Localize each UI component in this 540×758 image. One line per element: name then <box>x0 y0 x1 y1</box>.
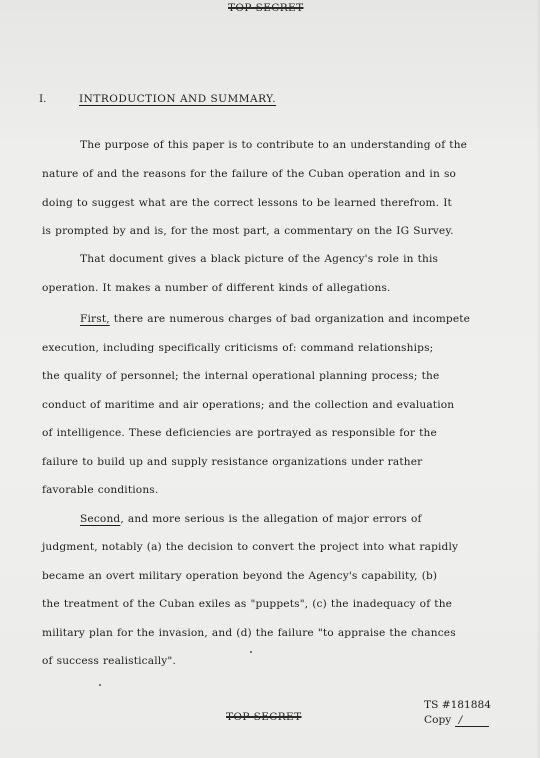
paragraph-4-line-5: military plan for the invasion, and (d) … <box>42 627 456 639</box>
paragraph-1-line-3: doing to suggest what are the correct le… <box>42 197 452 209</box>
scan-speck <box>250 651 252 653</box>
paragraph-2-line-1: That document gives a black picture of t… <box>80 253 438 265</box>
paragraph-4-line-1: Second, and more serious is the allegati… <box>80 513 422 525</box>
paragraph-3-line-6: failure to build up and supply resistanc… <box>42 456 422 468</box>
paragraph-3-line-4: conduct of maritime and air operations; … <box>42 399 454 411</box>
paragraph-2-line-2: operation. It makes a number of differen… <box>42 282 391 294</box>
section-heading: I.INTRODUCTION AND SUMMARY. <box>39 93 276 105</box>
paragraph-4-line-2: judgment, notably (a) the decision to co… <box>42 541 458 553</box>
header-classification-marking: TOP SECRET <box>228 2 303 14</box>
paragraph-3-line-1-text: there are numerous charges of bad organi… <box>110 313 470 325</box>
paragraph-3-line-5: of intelligence. These deficiencies are … <box>42 427 437 439</box>
paragraph-4-line-1-text: , and more serious is the allegation of … <box>120 513 421 525</box>
paragraph-3-line-2: execution, including specifically critic… <box>42 342 433 354</box>
control-number-block: TS #181884 Copy / <box>424 698 491 728</box>
paragraph-4-lead: Second <box>80 513 120 525</box>
paragraph-4-line-4: the treatment of the Cuban exiles as "pu… <box>42 598 452 610</box>
paragraph-1-line-1: The purpose of this paper is to contribu… <box>80 139 467 151</box>
paragraph-4-line-3: became an overt military operation beyon… <box>42 570 437 582</box>
copy-line: Copy / <box>424 713 491 728</box>
section-number: I. <box>39 93 79 105</box>
paragraph-4-line-6: of success realistically". <box>42 655 176 667</box>
scan-speck <box>99 684 101 686</box>
paragraph-3-line-3: the quality of personnel; the internal o… <box>42 370 439 382</box>
paragraph-1-line-2: nature of and the reasons for the failur… <box>42 168 456 180</box>
document-page: TOP SECRET I.INTRODUCTION AND SUMMARY. T… <box>0 0 540 758</box>
paragraph-3-line-1: First, there are numerous charges of bad… <box>80 313 470 325</box>
paragraph-3-line-7: favorable conditions. <box>42 484 158 496</box>
paragraph-1-line-4: is prompted by and is, for the most part… <box>42 225 454 237</box>
footer-classification-marking: TOP SECRET <box>226 711 301 723</box>
section-title: INTRODUCTION AND SUMMARY. <box>79 93 276 105</box>
copy-label: Copy <box>424 714 451 726</box>
ts-number: TS #181884 <box>424 698 491 713</box>
copy-number: / <box>455 714 489 727</box>
paragraph-3-lead: First, <box>80 313 110 325</box>
